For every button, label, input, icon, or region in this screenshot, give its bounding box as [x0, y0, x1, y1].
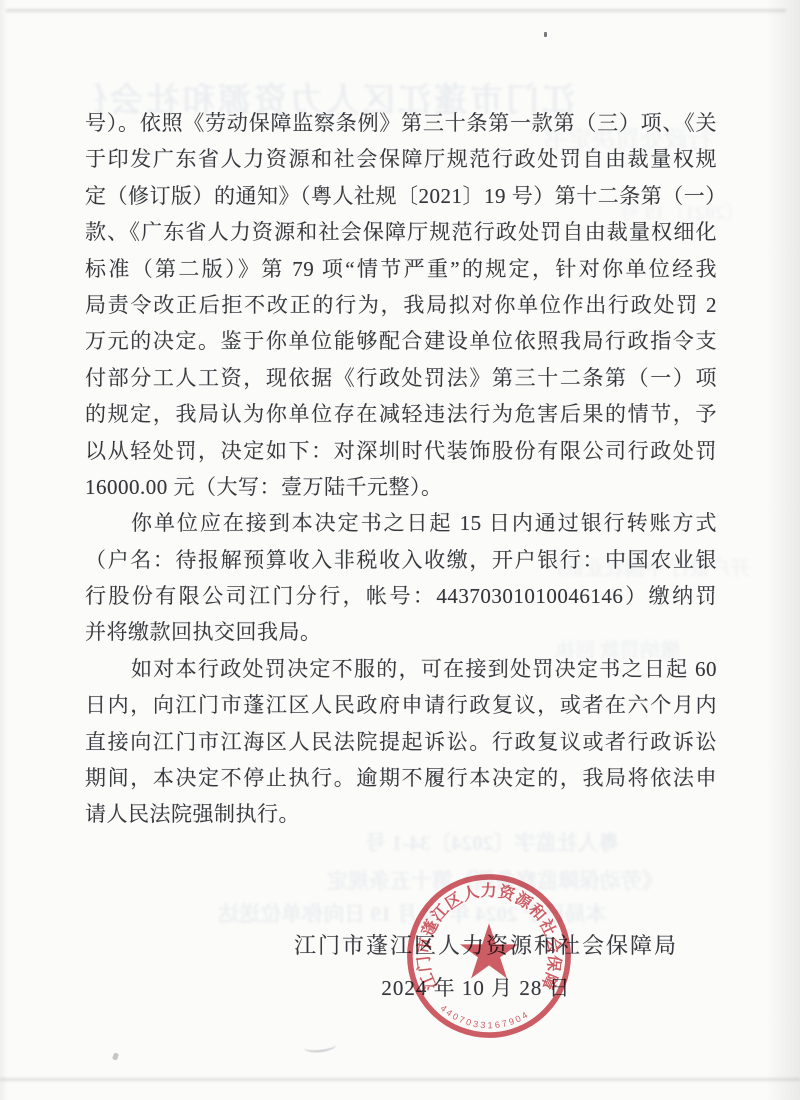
body-line: 日内，向江门市蓬江区人民政府申请行政复议，或者在六个月内 — [85, 687, 717, 723]
body-line: 16000.00 元（大写：壹万陆千元整）。 — [85, 469, 717, 505]
body-line: 标准（第二版）》第 79 项“情节严重”的规定，针对你单位经我 — [85, 251, 717, 287]
scan-edge-left — [0, 0, 8, 1100]
body-line: 请人民法院强制执行。 — [85, 796, 717, 832]
body-line: 期间，本决定不停止执行。逾期不履行本决定的，我局将依法申 — [85, 760, 717, 796]
body-line: 的规定，我局认为你单位存在减轻违法行为危害后果的情节，予 — [85, 396, 717, 432]
paper-fleck — [112, 1052, 119, 1060]
red-star-icon — [460, 923, 518, 978]
body-line: 号）。依照《劳动保障监察条例》第三十条第一款第（三）项、《关 — [85, 105, 717, 141]
scanned-document-page: 江门市蓬江区人力资源和社会保障局 行政处罚决定书 〔2021〕19 号 开户银行… — [0, 0, 800, 1100]
body-line: 直接向江门市江海区人民法院提起诉讼。行政复议或者行政诉讼 — [85, 724, 717, 760]
body-line: 并将缴款回执交回我局。 — [85, 614, 717, 650]
scan-edge-bottom — [0, 1078, 800, 1081]
body-line: 你单位应在接到本决定书之日起 15 日内通过银行转账方式 — [85, 505, 717, 541]
body-line: 定（修订版）的通知》（粤人社规〔2021〕19 号）第十二条第（一） — [85, 178, 717, 214]
ink-speck — [544, 32, 547, 37]
body-line: 行股份有限公司江门分行，帐号：44370301010046146）缴纳罚款， — [85, 578, 717, 614]
pencil-mark — [304, 1039, 337, 1053]
body-line: 以从轻处罚，决定如下：对深圳时代装饰股份有限公司行政处罚 — [85, 433, 717, 469]
seal-ring-text: 江门市蓬江区人力资源和社会保障局 — [376, 843, 564, 993]
scan-edge-top — [6, 9, 786, 14]
scan-edge-right — [766, 0, 800, 1100]
body-line: 于印发广东省人力资源和社会保障厅规范行政处罚自由裁量权规 — [85, 141, 717, 177]
body-line: 局责令改正后拒不改正的行为，我局拟对你单位作出行政处罚 2 — [85, 287, 717, 323]
body-line: 万元的决定。鉴于你单位能够配合建设单位依照我局行政指令支 — [85, 323, 717, 359]
body-line: 付部分工人工资，现依据《行政处罚法》第三十二条第（一）项 — [85, 360, 717, 396]
document-body: 号）。依照《劳动保障监察条例》第三十条第一款第（三）项、《关 于印发广东省人力资… — [85, 105, 717, 833]
body-line: （户名：待报解预算收入非税收入收缴，开户银行：中国农业银 — [85, 542, 717, 578]
official-seal: 江门市蓬江区人力资源和社会保障局 4407033167904 — [376, 843, 602, 1069]
body-line: 款、《广东省人力资源和社会保障厅规范行政处罚自由裁量权细化 — [85, 214, 717, 250]
body-line: 如对本行政处罚决定不服的，可在接到处罚决定书之日起 60 — [85, 651, 717, 687]
